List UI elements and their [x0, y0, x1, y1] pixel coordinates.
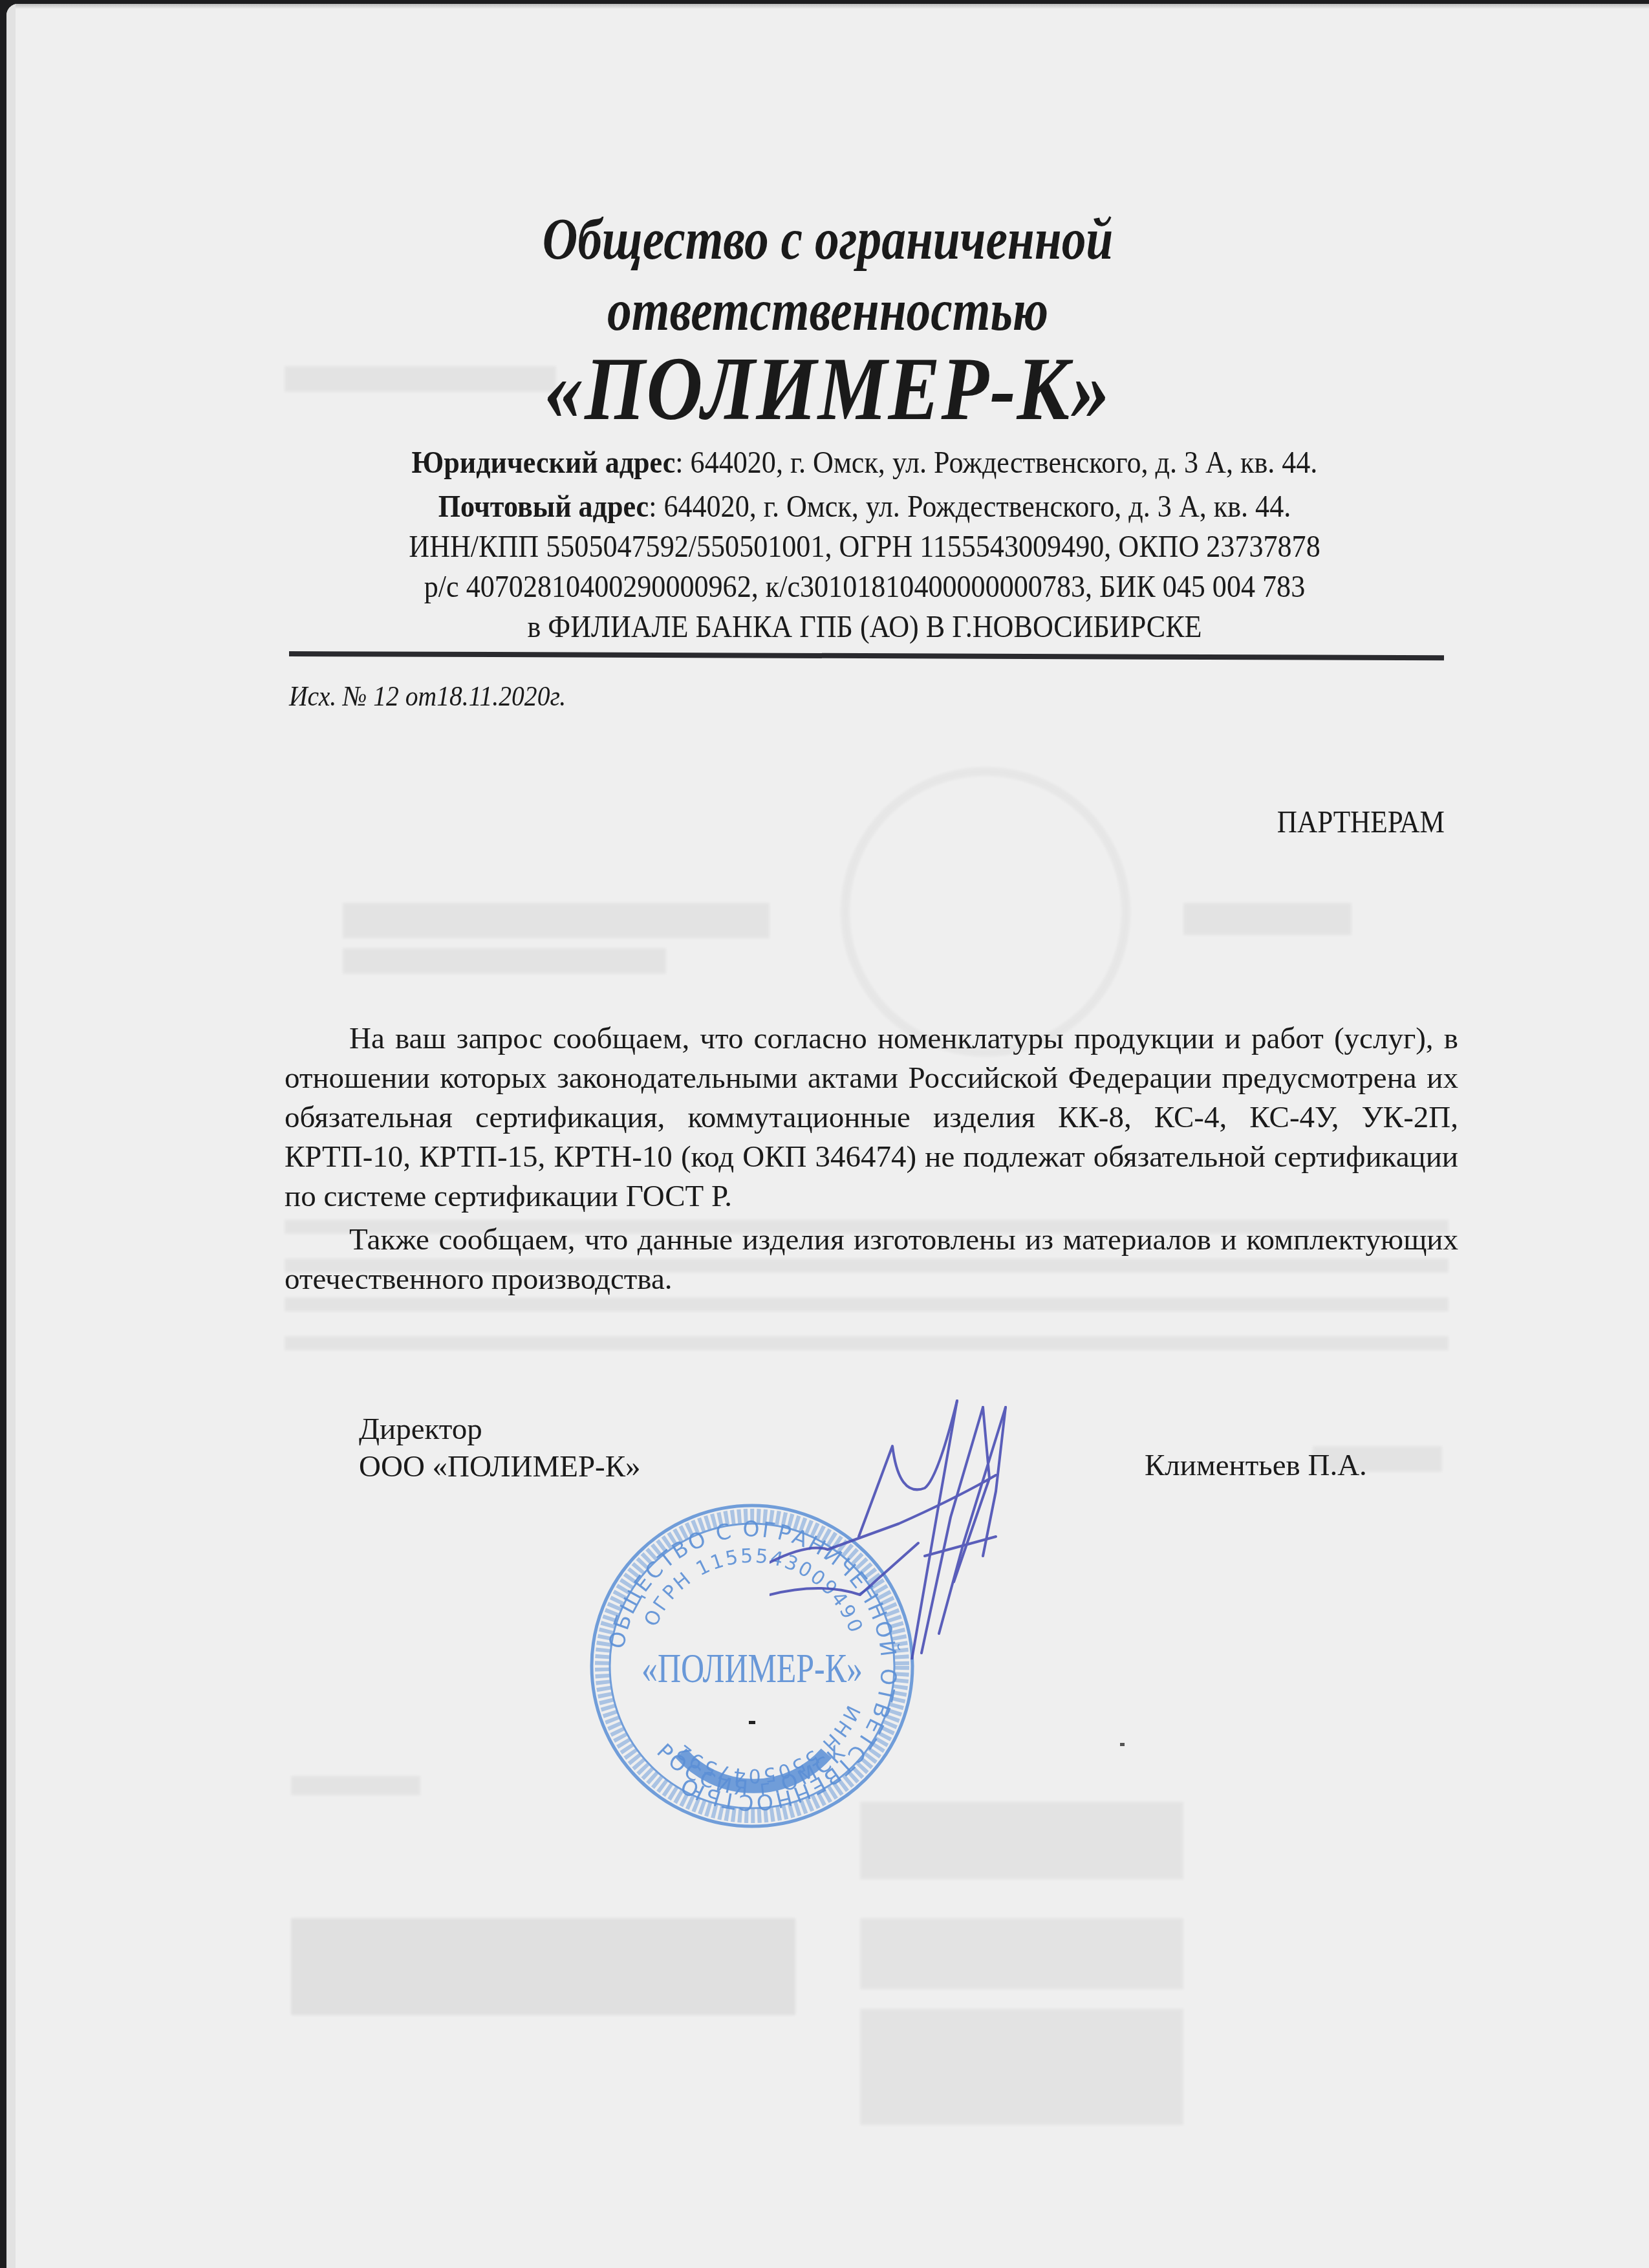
requisites-line2: р/с 40702810400290000962, к/с30101810400…: [341, 568, 1388, 605]
bleed-through-block: [285, 1297, 1449, 1312]
postal-address: Почтовый адрес: 644020, г. Омск, ул. Рож…: [341, 488, 1388, 525]
bank-name: в ФИЛИАЛЕ БАНКА ГПБ (АО) В Г.НОВОСИБИРСК…: [341, 608, 1388, 645]
bleed-through-seal: [841, 767, 1130, 1057]
scan-speck: [1120, 1743, 1125, 1746]
handwritten-signature-icon: [770, 1349, 1028, 1659]
bleed-through-block: [343, 948, 666, 974]
outgoing-reference: Исх. № 12 от18.11.2020г.: [289, 680, 566, 713]
postal-address-label: Почтовый адрес: [438, 488, 649, 524]
bleed-through-block: [291, 1776, 420, 1795]
scan-left-edge: [6, 4, 16, 2268]
body-paragraph-1: На ваш запрос сообщаем, что согласно ном…: [285, 1019, 1458, 1216]
legal-address-label: Юридический адрес: [412, 444, 676, 480]
signatory-position: Директор: [359, 1410, 641, 1448]
company-form-line1: Общество с ограниченной: [155, 204, 1502, 273]
bleed-through-block: [1183, 903, 1352, 935]
bleed-through-block: [291, 1918, 795, 2015]
document-page: Общество с ограниченной ответственностью…: [6, 4, 1649, 2268]
body-paragraph-2: Также сообщаем, что данные изделия изгот…: [285, 1220, 1458, 1299]
company-name: «ПОЛИМЕР-К»: [122, 337, 1534, 441]
signatory-block: Директор ООО «ПОЛИМЕР-К»: [359, 1410, 641, 1485]
bleed-through-block: [860, 2009, 1183, 2125]
letterhead-divider: [289, 651, 1444, 660]
company-form-line2: ответственностью: [155, 275, 1502, 344]
signatory-name: Климентьев П.А.: [1145, 1448, 1367, 1483]
addressee: ПАРТНЕРАМ: [1277, 805, 1445, 840]
bleed-through-block: [343, 903, 770, 938]
bleed-through-block: [860, 1918, 1183, 1989]
scan-top-edge: [6, 4, 1649, 9]
bleed-through-block: [285, 1336, 1449, 1350]
legal-address-value: : 644020, г. Омск, ул. Рождественского, …: [675, 444, 1317, 480]
signatory-company: ООО «ПОЛИМЕР-К»: [359, 1448, 641, 1485]
letter-body: На ваш запрос сообщаем, что согласно ном…: [285, 1019, 1458, 1299]
legal-address: Юридический адрес: 644020, г. Омск, ул. …: [341, 444, 1388, 481]
postal-address-value: : 644020, г. Омск, ул. Рождественского, …: [649, 488, 1291, 524]
requisites-line1: ИНН/КПП 5505047592/550501001, ОГРН 11555…: [341, 528, 1388, 565]
